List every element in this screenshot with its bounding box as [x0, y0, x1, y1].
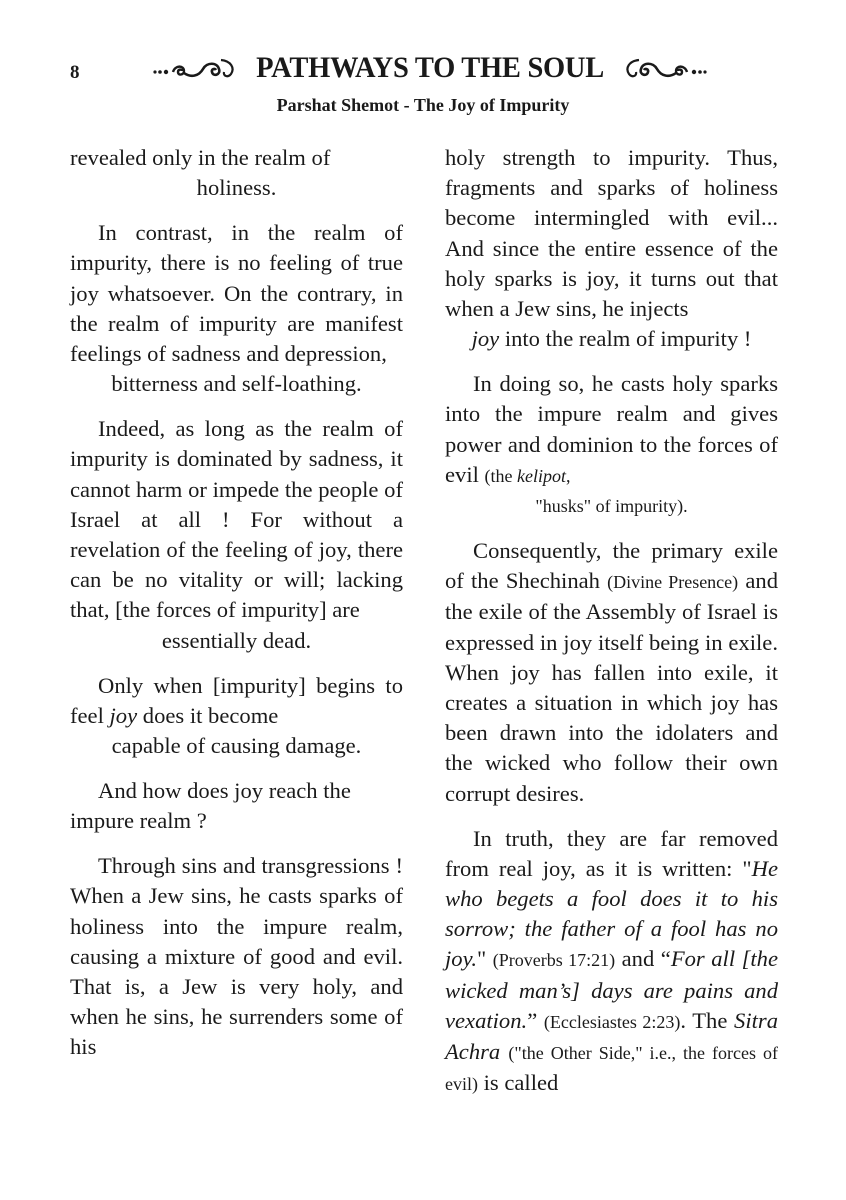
right-column: holy strength to impurity. Thus, fragmen…: [445, 143, 778, 1114]
paragraph-last-line: holiness.: [70, 173, 403, 203]
paragraph-last-line: joy into the realm of impurity !: [445, 324, 778, 354]
paragraph-text: and “: [615, 946, 671, 971]
running-header: PATHWAYS TO THE SOUL: [130, 48, 730, 88]
paragraph-text: . The: [680, 1008, 734, 1033]
parenthetical: (Divine Presence): [607, 572, 738, 592]
paragraph: Indeed, as long as the realm of impurity…: [70, 414, 403, 656]
paragraph: holy strength to impurity. Thus, fragmen…: [445, 143, 778, 354]
paragraph-text: into the realm of impurity !: [499, 326, 751, 351]
citation: (Proverbs 17:21): [493, 950, 615, 970]
emphasis: joy: [110, 703, 138, 728]
paragraph-last-line: capable of causing damage.: [70, 731, 403, 761]
emphasis: joy: [472, 326, 500, 351]
paragraph-last-line: essentially dead.: [70, 626, 403, 656]
paragraph: Through sins and transgressions ! When a…: [70, 851, 403, 1062]
citation: (Ecclesiastes 2:23): [544, 1012, 680, 1032]
paragraph: In doing so, he casts holy sparks into t…: [445, 369, 778, 521]
paragraph-text: In truth, they are far removed from real…: [445, 826, 778, 881]
paragraph-text: In contrast, in the realm of impurity, t…: [70, 220, 403, 366]
page-number: 8: [70, 62, 80, 84]
paragraph-text: ”: [527, 1008, 544, 1033]
paragraph-text: Through sins and transgressions ! When a…: [70, 853, 403, 1059]
right-flourish-ornament-icon: [619, 54, 709, 82]
paragraph-text: Indeed, as long as the realm of impurity…: [70, 416, 403, 622]
paragraph: Only when [impurity] begins to feel joy …: [70, 671, 403, 762]
paragraph-text: is called: [478, 1070, 558, 1095]
parenthetical-text: (the: [485, 466, 517, 486]
paragraph: In contrast, in the realm of impurity, t…: [70, 218, 403, 399]
left-column: revealed only in the realm of holiness. …: [70, 143, 403, 1077]
parenthetical: (the kelipot,: [485, 466, 571, 486]
paragraph-text: ": [477, 946, 493, 971]
paragraph: Consequently, the primary exile of the S…: [445, 536, 778, 809]
paragraph-last-line: bitterness and self-loathing.: [70, 369, 403, 399]
paragraph-text: revealed only in the realm of: [70, 145, 330, 170]
paragraph-last-line: "husks" of impurity).: [445, 491, 778, 521]
paragraph-text: and the exile of the Assembly of Israel …: [445, 568, 778, 805]
paragraph: revealed only in the realm of holiness.: [70, 143, 403, 203]
book-title: PATHWAYS TO THE SOUL: [256, 51, 604, 85]
left-flourish-ornament-icon: [151, 54, 241, 82]
term-kelipot: kelipot: [517, 466, 566, 486]
chapter-title: Parshat Shemot - The Joy of Impurity: [0, 95, 846, 116]
paragraph-text: And how does joy reach the impure realm …: [70, 778, 351, 833]
paragraph-text: holy strength to impurity. Thus, fragmen…: [445, 145, 778, 321]
paragraph-text: does it become: [137, 703, 278, 728]
paragraph: In truth, they are far removed from real…: [445, 824, 778, 1100]
paragraph: And how does joy reach the impure realm …: [70, 776, 403, 836]
parenthetical-text: ,: [566, 466, 571, 486]
